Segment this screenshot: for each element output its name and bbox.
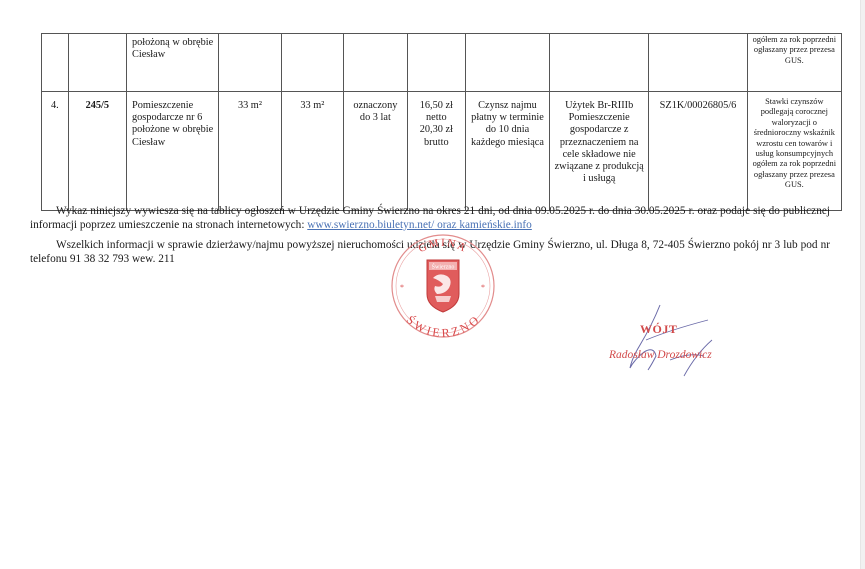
cell-lp	[42, 34, 69, 92]
rent-gross: 20,30 zł brutto	[411, 124, 462, 148]
cell-notes: Stawki czynszów podlegają corocznej walo…	[747, 92, 841, 211]
cell-land-register: SZ1K/00026805/6	[649, 92, 747, 211]
table-row: 4. 245/5 Pomieszczenie gospodarcze nr 6 …	[42, 92, 842, 211]
mayor-name: Radosław Drozdowicz	[609, 349, 712, 361]
cell-payment-terms	[466, 34, 550, 92]
link-biuletyn[interactable]: www.swierzno.biuletyn.net/	[307, 219, 434, 231]
cell-land-use	[549, 34, 648, 92]
cell-area-rented: 33 m²	[281, 92, 343, 211]
link-joiner[interactable]: oraz	[434, 219, 459, 231]
table-row-continued: położoną w obrębie Ciesław ogółem za rok…	[42, 34, 842, 92]
cell-description: położoną w obrębie Ciesław	[127, 34, 219, 92]
cell-description: Pomieszczenie gospodarcze nr 6 położone …	[127, 92, 219, 211]
signature-scribble-icon	[600, 300, 730, 380]
svg-text:*: *	[481, 283, 485, 292]
cell-notes: ogółem za rok poprzedni ogłaszany przez …	[747, 34, 841, 92]
page-edge	[860, 0, 865, 569]
cell-lp: 4.	[42, 92, 69, 211]
svg-text:*: *	[400, 283, 404, 292]
cell-area-rented	[281, 34, 343, 92]
svg-text:GMINA: GMINA	[416, 237, 469, 255]
cell-parcel	[68, 34, 126, 92]
notice-paragraph-posting: Wykaz niniejszy wywiesza się na tablicy …	[30, 204, 830, 232]
cell-rent: 16,50 zł netto 20,30 zł brutto	[407, 92, 465, 211]
cell-rent	[407, 34, 465, 92]
cell-payment-terms: Czynsz najmu płatny w terminie do 10 dni…	[466, 92, 550, 211]
municipal-stamp-icon: GMINA ŚWIERZNO * * Świerzno	[389, 232, 497, 340]
svg-text:Świerzno: Świerzno	[432, 263, 455, 271]
cell-term: oznaczony do 3 lat	[344, 92, 408, 211]
svg-text:ŚWIERZNO: ŚWIERZNO	[404, 313, 482, 340]
cell-term	[344, 34, 408, 92]
property-list-table: położoną w obrębie Ciesław ogółem za rok…	[41, 33, 842, 211]
rent-net: 16,50 zł netto	[411, 100, 462, 124]
cell-parcel: 245/5	[68, 92, 126, 211]
cell-area-total	[219, 34, 281, 92]
cell-land-use: Użytek Br-RIIIb Pomieszczenie gospodarcz…	[549, 92, 648, 211]
mayor-title: WÓJT	[640, 322, 677, 337]
cell-area-total: 33 m²	[219, 92, 281, 211]
cell-land-register	[649, 34, 747, 92]
link-kamienskie[interactable]: kamieńskie.info	[459, 219, 531, 231]
